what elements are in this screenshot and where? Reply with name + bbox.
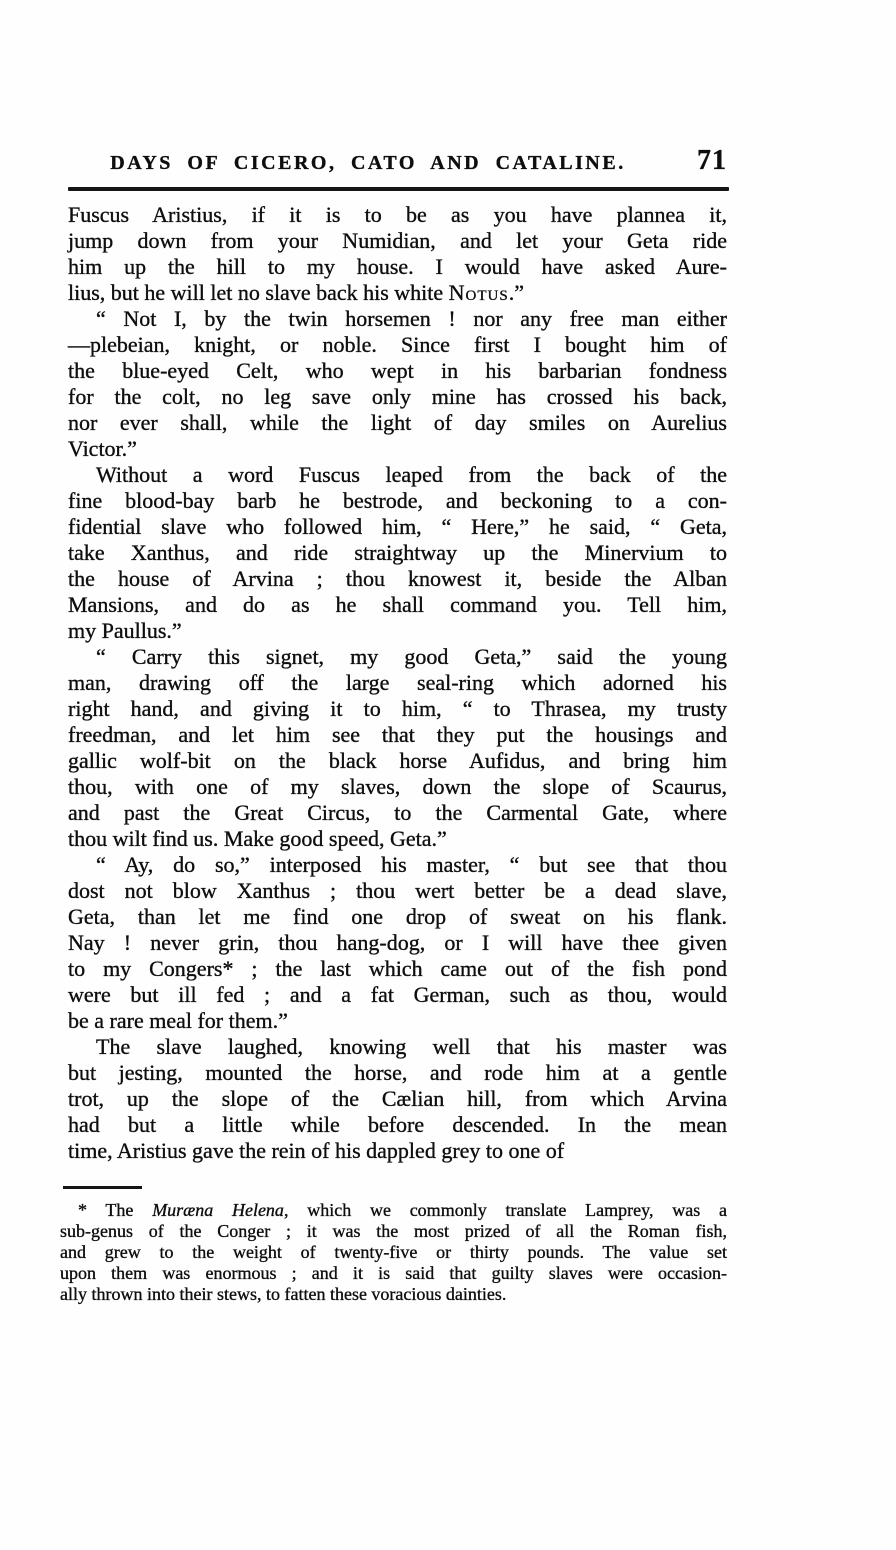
- text-line: to my Congers* ; the last which came out…: [68, 956, 727, 982]
- text-line: Without a word Fuscus leaped from the ba…: [68, 462, 727, 488]
- text-line: Nay ! never grin, thou hang-dog, or I wi…: [68, 930, 727, 956]
- footnote-line: and grew to the weight of twenty-five or…: [60, 1242, 727, 1263]
- text-line: lius, but he will let no slave back his …: [68, 280, 727, 306]
- text-line: take Xanthus, and ride straightway up th…: [68, 540, 727, 566]
- text-line: had but a little while before descended.…: [68, 1112, 727, 1138]
- footnote-separator: [63, 1186, 142, 1189]
- paragraph: “ Carry this signet, my good Geta,” said…: [68, 644, 727, 852]
- page-number: 71: [697, 145, 727, 177]
- text-line: Mansions, and do as he shall command you…: [68, 592, 727, 618]
- text-line: The slave laughed, knowing well that his…: [68, 1034, 727, 1060]
- running-header-title: DAYS OF CICERO, CATO AND CATALINE.: [68, 152, 668, 175]
- footnote-line: ally thrown into their stews, to fatten …: [60, 1284, 727, 1305]
- text-line: freedman, and let him see that they put …: [68, 722, 727, 748]
- text-line: gallic wolf-bit on the black horse Aufid…: [68, 748, 727, 774]
- text-line: “ Carry this signet, my good Geta,” said…: [68, 644, 727, 670]
- body-text: Fuscus Aristius, if it is to be as you h…: [68, 202, 727, 1164]
- text-line: be a rare meal for them.”: [68, 1008, 727, 1034]
- text-line: thou wilt find us. Make good speed, Geta…: [68, 826, 727, 852]
- footnote-line: * The Muræna Helena, which we commonly t…: [60, 1200, 727, 1221]
- footnote-line: sub-genus of the Conger ; it was the mos…: [60, 1221, 727, 1242]
- running-header: DAYS OF CICERO, CATO AND CATALINE. 71: [68, 150, 727, 184]
- text-line: Victor.”: [68, 436, 727, 462]
- text-line: trot, up the slope of the Cælian hill, f…: [68, 1086, 727, 1112]
- text-line: but jesting, mounted the horse, and rode…: [68, 1060, 727, 1086]
- text-line: the house of Arvina ; thou knowest it, b…: [68, 566, 727, 592]
- paragraph: Fuscus Aristius, if it is to be as you h…: [68, 202, 727, 306]
- text-line: my Paullus.”: [68, 618, 727, 644]
- text-line: Geta, than let me find one drop of sweat…: [68, 904, 727, 930]
- text-line: fidential slave who followed him, “ Here…: [68, 514, 727, 540]
- text-line: the blue-eyed Celt, who wept in his barb…: [68, 358, 727, 384]
- paragraph: The slave laughed, knowing well that his…: [68, 1034, 727, 1164]
- paragraph: Without a word Fuscus leaped from the ba…: [68, 462, 727, 644]
- text-line: “ Not I, by the twin horsemen ! nor any …: [68, 306, 727, 332]
- text-line: man, drawing off the large seal-ring whi…: [68, 670, 727, 696]
- text-line: time, Aristius gave the rein of his dapp…: [68, 1138, 727, 1164]
- text-line: nor ever shall, while the light of day s…: [68, 410, 727, 436]
- text-line: thou, with one of my slaves, down the sl…: [68, 774, 727, 800]
- header-rule: [68, 187, 729, 191]
- text-line: “ Ay, do so,” interposed his master, “ b…: [68, 852, 727, 878]
- paragraph: “ Not I, by the twin horsemen ! nor any …: [68, 306, 727, 462]
- footnote: * The Muræna Helena, which we commonly t…: [60, 1186, 727, 1305]
- text-line: —plebeian, knight, or noble. Since first…: [68, 332, 727, 358]
- text-line: fine blood-bay barb he bestrode, and bec…: [68, 488, 727, 514]
- footnote-line: upon them was enormous ; and it is said …: [60, 1263, 727, 1284]
- paragraph: “ Ay, do so,” interposed his master, “ b…: [68, 852, 727, 1034]
- text-line: for the colt, no leg save only mine has …: [68, 384, 727, 410]
- text-line: jump down from your Numidian, and let yo…: [68, 228, 727, 254]
- text-line: dost not blow Xanthus ; thou wert better…: [68, 878, 727, 904]
- footnote-lines: * The Muræna Helena, which we commonly t…: [60, 1200, 727, 1305]
- text-line: Fuscus Aristius, if it is to be as you h…: [68, 202, 727, 228]
- text-line: him up the hill to my house. I would hav…: [68, 254, 727, 280]
- text-line: and past the Great Circus, to the Carmen…: [68, 800, 727, 826]
- text-line: right hand, and giving it to him, “ to T…: [68, 696, 727, 722]
- book-page: DAYS OF CICERO, CATO AND CATALINE. 71 Fu…: [0, 0, 896, 1550]
- text-line: were but ill fed ; and a fat German, suc…: [68, 982, 727, 1008]
